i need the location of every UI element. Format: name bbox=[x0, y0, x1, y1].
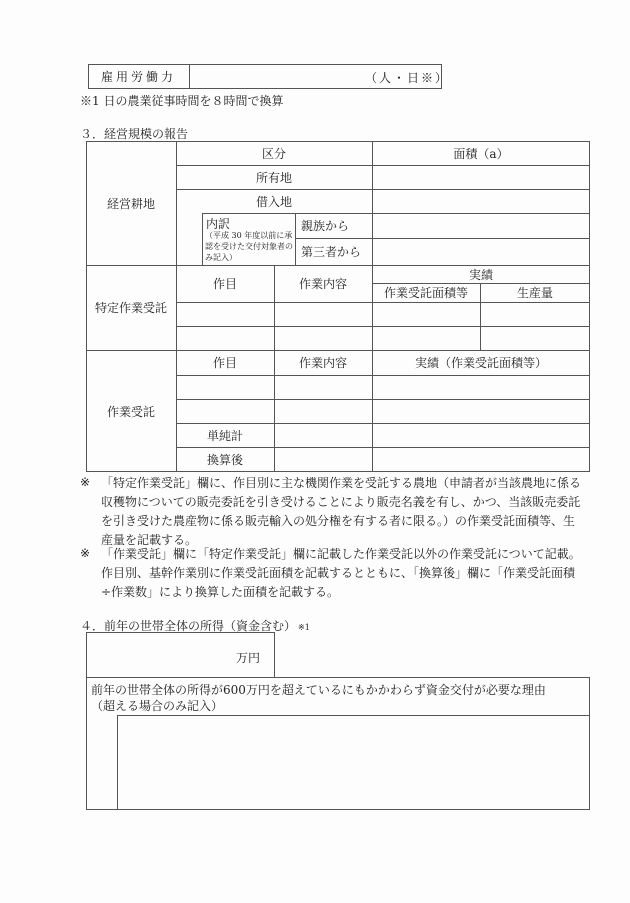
employment-unit: （人・日※） bbox=[365, 69, 449, 86]
converted-work-input[interactable] bbox=[275, 448, 372, 472]
owned-land-area-input[interactable] bbox=[373, 166, 589, 189]
reason-label: 前年の世帯全体の所得が600万円を超えているにもかかわらず資金交付が必要な理由 bbox=[91, 681, 546, 698]
reason-input[interactable] bbox=[117, 715, 590, 810]
from-relatives-area-input[interactable] bbox=[373, 214, 589, 238]
section4-title-mark: ※1 bbox=[298, 623, 310, 632]
work-row2-crop-input[interactable] bbox=[177, 400, 274, 423]
converted-label: 換算後 bbox=[176, 447, 274, 472]
simple-total-label: 単純計 bbox=[176, 423, 274, 447]
from-third-party-area-input[interactable] bbox=[373, 239, 589, 265]
employment-footnote: ※1 日の農業従事時間を８時間で換算 bbox=[80, 92, 283, 109]
specific-row1-production-input[interactable] bbox=[481, 303, 589, 326]
note-mark-1: ※ bbox=[80, 475, 90, 489]
specific-row2-area-input[interactable] bbox=[373, 327, 480, 350]
specific-row2-production-input[interactable] bbox=[481, 327, 589, 350]
from-relatives-label: 親族から bbox=[295, 213, 372, 238]
breakdown-note: （平成 30 年度以前に承認を受けた交付対象者のみ記入） bbox=[205, 230, 293, 263]
work-row1-work-input[interactable] bbox=[275, 376, 372, 399]
specific-contract-label: 特定作業受託 bbox=[86, 265, 176, 350]
reason-sub: （超える場合のみ記入） bbox=[91, 697, 223, 714]
col-divider bbox=[202, 213, 203, 265]
work-row1-results-input[interactable] bbox=[373, 376, 589, 399]
simple-total-work-input[interactable] bbox=[275, 424, 372, 447]
specific-row1-work-input[interactable] bbox=[275, 303, 372, 326]
header-category: 区分 bbox=[176, 141, 372, 165]
work-contract-label: 作業受託 bbox=[86, 350, 176, 472]
simple-total-results-input[interactable] bbox=[373, 424, 589, 447]
section4-title-text: ４．前年の世帯全体の所得（資金含む） bbox=[80, 619, 296, 633]
specific-col-crop: 作目 bbox=[176, 265, 274, 302]
work-row2-results-input[interactable] bbox=[373, 400, 589, 423]
farmland-label: 経営耕地 bbox=[86, 141, 176, 265]
work-col-crop: 作目 bbox=[176, 350, 274, 375]
specific-col-work: 作業内容 bbox=[274, 265, 372, 302]
specific-col-area: 作業受託面積等 bbox=[372, 283, 480, 302]
specific-col-results: 実績 bbox=[372, 265, 590, 283]
section3-title: ３．経営規模の報告 bbox=[80, 125, 188, 142]
work-row2-work-input[interactable] bbox=[275, 400, 372, 423]
header-area: 面積（a） bbox=[372, 141, 590, 165]
specific-row2-crop-input[interactable] bbox=[177, 327, 274, 350]
work-col-work: 作業内容 bbox=[274, 350, 372, 375]
specific-col-production: 生産量 bbox=[480, 283, 590, 302]
specific-row2-work-input[interactable] bbox=[275, 327, 372, 350]
converted-results-input[interactable] bbox=[373, 448, 589, 472]
note-specific-contract: 「特定作業受託」欄に、作目別に主な機関作業を受託する農地（申請者が当該農地に係る… bbox=[101, 474, 583, 550]
specific-row1-crop-input[interactable] bbox=[177, 303, 274, 326]
employment-input[interactable] bbox=[190, 65, 360, 88]
work-row1-crop-input[interactable] bbox=[177, 376, 274, 399]
leased-land-label: 借入地 bbox=[176, 189, 372, 213]
owned-land-label: 所有地 bbox=[176, 165, 372, 189]
leased-land-area-input[interactable] bbox=[373, 190, 589, 213]
from-third-party-label: 第三者から bbox=[295, 238, 372, 265]
note-work-contract: 「作業受託」欄に「特定作業受託」欄に記載した作業受託以外の作業受託について記載。… bbox=[101, 545, 583, 602]
employment-label: 雇用労働力 bbox=[88, 64, 189, 89]
income-input[interactable] bbox=[88, 634, 233, 676]
note-mark-2: ※ bbox=[80, 546, 90, 560]
income-unit: 万円 bbox=[236, 649, 260, 666]
specific-row1-area-input[interactable] bbox=[373, 303, 480, 326]
work-col-results: 実績（作業受託面積等） bbox=[372, 350, 590, 375]
